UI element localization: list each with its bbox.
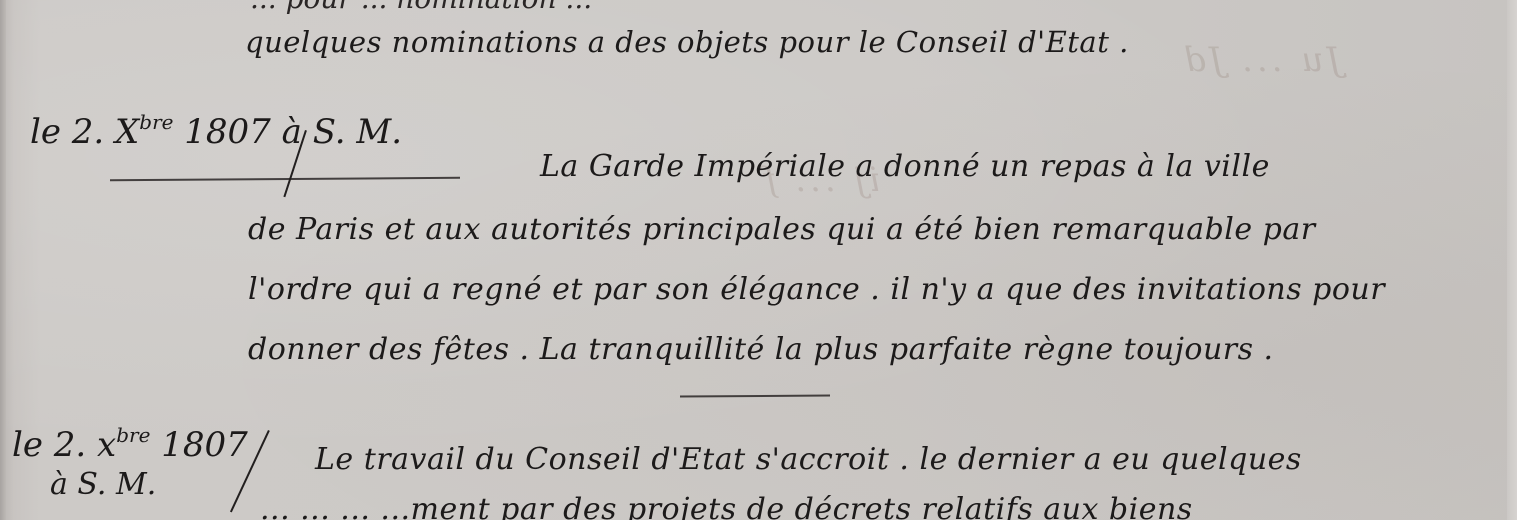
manuscript-page: Ju ... Jd ij ... f ... pour ... nominati… — [0, 0, 1517, 520]
margin-date-superscript: bre — [139, 110, 173, 134]
entry-2-line-1: Le travail du Conseil d'Etat s'accroit .… — [315, 445, 1302, 475]
entry-1-line-3: l'ordre qui a regné et par son élégance … — [248, 275, 1385, 305]
page-edge-left — [0, 0, 6, 520]
entry-2-margin-date: le 2. xbre 1807 — [12, 425, 248, 462]
continuation-line: quelques nominations a des objets pour l… — [245, 28, 1129, 57]
section-separator — [680, 394, 830, 397]
entry-2-line-2: ... ... ... ...ment par des projets de d… — [260, 495, 1193, 520]
margin-date-superscript: bre — [116, 423, 150, 447]
margin-year-recipient: 1807 à S. M. — [184, 112, 402, 152]
ink-bleed-through: Ju ... Jd — [1180, 40, 1341, 80]
page-edge-right — [1507, 0, 1517, 520]
margin-year: 1807 — [161, 425, 248, 465]
entry-1-margin-date: le 2. Xbre 1807 à S. M. — [30, 112, 402, 149]
entry-1-line-4: donner des fêtes . La tranquillité la pl… — [248, 335, 1274, 365]
entry-1-line-2: de Paris et aux autorités principales qu… — [248, 215, 1316, 245]
margin-date: le 2. X — [30, 112, 139, 152]
top-fragment-line: ... pour ... nomination ... — [250, 0, 592, 15]
margin-underline — [110, 177, 460, 181]
entry-2-margin-recipient: à S. M. — [50, 470, 156, 500]
margin-date: le 2. x — [12, 425, 116, 465]
entry-1-line-1: La Garde Impériale a donné un repas à la… — [540, 152, 1270, 182]
